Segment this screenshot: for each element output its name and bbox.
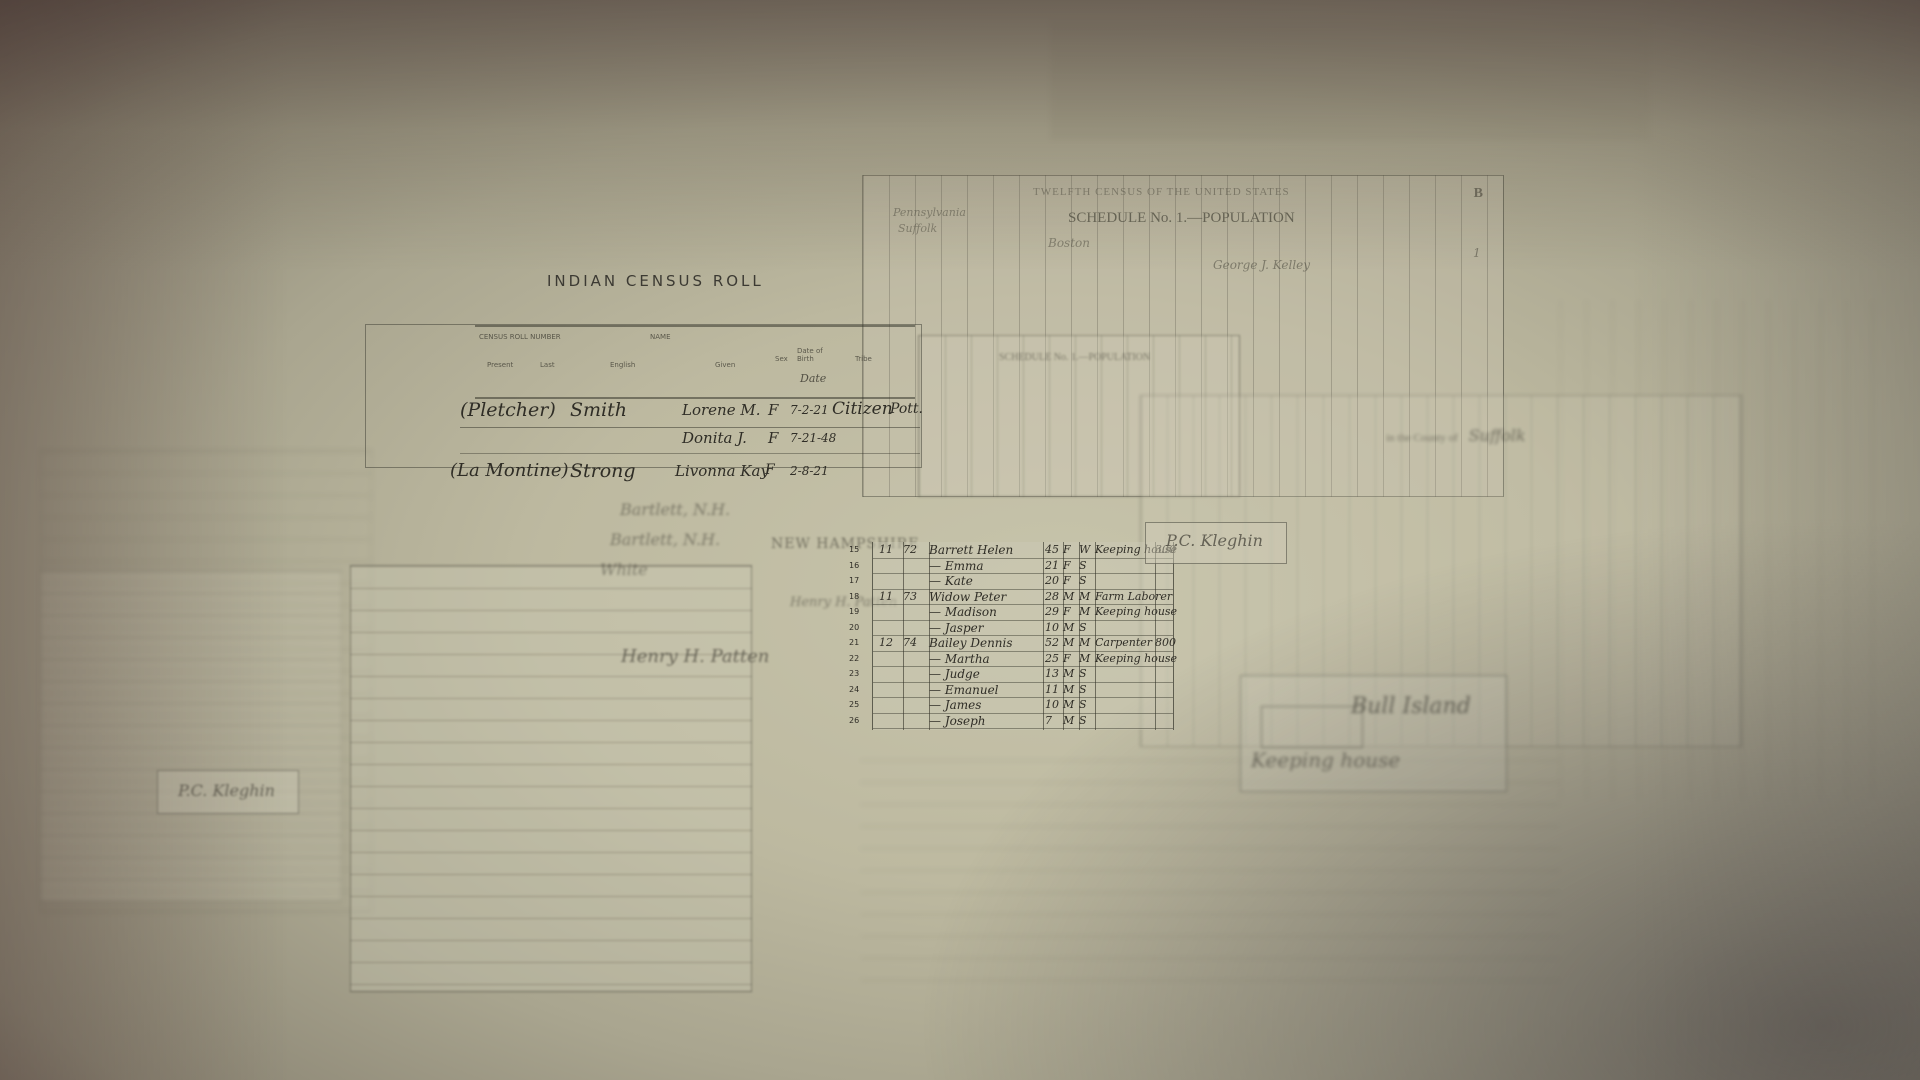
name-card-right-text: P.C. Kleghin xyxy=(1166,531,1263,550)
roll-row-2-dob: 7-21-48 xyxy=(790,431,836,445)
household-list: 151172Barrett Helen45FWKeeping house3001… xyxy=(872,542,1174,730)
household-cell-name: — Jasper xyxy=(929,621,983,635)
household-cell-sex: M xyxy=(1063,621,1074,634)
roll-row-1: (Pletcher) Smith Lorene M. F 7-2-21 Citi… xyxy=(460,397,920,428)
household-cell-status: M xyxy=(1079,605,1090,618)
household-cell-status: S xyxy=(1079,667,1087,680)
household-cell-line: 15 xyxy=(849,545,859,554)
household-cell-sex: F xyxy=(1063,652,1071,665)
household-cell-line: 26 xyxy=(849,716,859,725)
household-cell-occupation: Keeping house xyxy=(1095,605,1177,618)
occupation-card-top: Bull Island xyxy=(1351,694,1471,719)
household-cell-name: Widow Peter xyxy=(929,590,1006,604)
roll-col-tribe: Tribe xyxy=(855,355,872,363)
household-row: 23— Judge13MS xyxy=(873,666,1173,683)
certificate-details: Bartlett, N.H. Bartlett, N.H. White Henr… xyxy=(560,490,860,630)
indian-census-roll-table: CENSUS ROLL NUMBER NAME Present Last Eng… xyxy=(475,325,915,495)
household-cell-dwelling: 11 xyxy=(879,590,893,603)
small-schedule-title: SCHEDULE No. 1.—POPULATION xyxy=(999,352,1150,363)
household-cell-line: 17 xyxy=(849,576,859,585)
household-cell-age: 11 xyxy=(1045,683,1059,696)
household-column-rule xyxy=(1079,542,1080,730)
schedule-county: Suffolk xyxy=(898,222,937,235)
household-cell-sex: M xyxy=(1063,667,1074,680)
household-cell-name: — Emanuel xyxy=(929,683,999,697)
household-cell-name: — Martha xyxy=(929,652,990,666)
roll-row-2: Donita J. F 7-21-48 xyxy=(460,427,920,454)
county-line-label: in the County of xyxy=(1386,432,1458,444)
roll-row-3-dob: 2-8-21 xyxy=(790,464,829,478)
household-cell-status: S xyxy=(1079,683,1087,696)
household-row: 181173Widow Peter28MMFarm Laborer xyxy=(873,589,1173,606)
roll-header-group-2: NAME xyxy=(650,333,671,341)
roll-row-3-prior-name: (La Montine) xyxy=(450,460,569,481)
household-cell-age: 21 xyxy=(1045,559,1059,572)
background-document-top xyxy=(1050,20,1650,140)
name-card-left: P.C. Kleghin xyxy=(157,770,299,814)
occupation-card-bottom: Keeping house xyxy=(1251,748,1400,772)
household-cell-name: Bailey Dennis xyxy=(929,636,1013,650)
roll-row-1-note: Citizen xyxy=(832,399,893,419)
household-row: 16— Emma21FS xyxy=(873,558,1173,575)
household-cell-sex: M xyxy=(1063,714,1074,727)
household-cell-age: 28 xyxy=(1045,590,1059,603)
household-column-rule xyxy=(1155,542,1156,730)
household-cell-line: 18 xyxy=(849,592,859,601)
household-row: 17— Kate20FS xyxy=(873,573,1173,590)
household-cell-dwelling: 11 xyxy=(879,543,893,556)
occupation-card: Bull Island Keeping house xyxy=(1240,675,1507,792)
schedule-sheet-no: 1 xyxy=(1473,246,1481,260)
household-cell-age: 29 xyxy=(1045,605,1059,618)
household-cell-line: 21 xyxy=(849,638,859,647)
household-cell-line: 23 xyxy=(849,669,859,678)
certificate-left xyxy=(40,570,342,902)
roll-date-value: Date xyxy=(800,372,826,385)
schedule-title: SCHEDULE No. 1.—POPULATION xyxy=(1068,210,1295,227)
household-cell-status: S xyxy=(1079,621,1087,634)
household-cell-line: 16 xyxy=(849,561,859,570)
household-cell-line: 22 xyxy=(849,654,859,663)
roll-row-3-sex: F xyxy=(765,462,775,478)
household-cell-status: S xyxy=(1079,698,1087,711)
household-cell-name: Barrett Helen xyxy=(929,543,1013,557)
household-cell-sex: M xyxy=(1063,636,1074,649)
schedule-state: Pennsylvania xyxy=(893,206,966,219)
household-cell-age: 7 xyxy=(1045,714,1052,727)
household-row: 151172Barrett Helen45FWKeeping house300 xyxy=(873,542,1173,559)
household-cell-age: 20 xyxy=(1045,574,1059,587)
schedule-township: Boston xyxy=(1048,236,1090,250)
household-row: 19— Madison29FMKeeping house xyxy=(873,604,1173,621)
household-cell-line: 24 xyxy=(849,685,859,694)
household-row: 24— Emanuel11MS xyxy=(873,682,1173,699)
county-line-text: in the County of Suffolk xyxy=(1386,426,1526,445)
roll-row-1-prior-name: (Pletcher) xyxy=(460,399,556,421)
household-cell-status: W xyxy=(1079,543,1090,556)
household-cell-name: — Madison xyxy=(929,605,997,619)
household-cell-age: 13 xyxy=(1045,667,1059,680)
household-cell-value: 800 xyxy=(1155,636,1176,649)
roll-col-dob: Date of Birth xyxy=(797,347,827,363)
roll-col-present: Present xyxy=(487,361,513,369)
household-cell-status: M xyxy=(1079,590,1090,603)
household-cell-occupation: Farm Laborer xyxy=(1095,590,1172,603)
household-cell-dwelling: 12 xyxy=(879,636,893,649)
household-cell-age: 10 xyxy=(1045,621,1059,634)
certificate-race: White xyxy=(600,560,648,579)
roll-row-1-surname: Smith xyxy=(570,399,627,421)
certificate-residence: Bartlett, N.H. xyxy=(620,500,730,519)
household-row: 20— Jasper10MS xyxy=(873,620,1173,637)
household-column-rule xyxy=(929,542,930,730)
roll-col-given: Given xyxy=(715,361,735,369)
household-cell-name: — Kate xyxy=(929,574,973,588)
household-column-rule xyxy=(1043,542,1044,730)
household-column-rule xyxy=(1095,542,1096,730)
household-cell-family: 72 xyxy=(903,543,917,556)
roll-row-2-given: Donita J. xyxy=(682,429,747,447)
occupation-card-stamp xyxy=(1261,706,1363,748)
household-cell-sex: F xyxy=(1063,543,1071,556)
household-column-rule xyxy=(903,542,904,730)
household-cell-name: — Judge xyxy=(929,667,980,681)
roll-row-3: (La Montine) Strong Livonna Kay F 2-8-21 xyxy=(460,460,920,490)
household-cell-status: M xyxy=(1079,636,1090,649)
roll-row-1-given: Lorene M. xyxy=(682,401,760,419)
household-cell-status: S xyxy=(1079,559,1087,572)
household-cell-sex: F xyxy=(1063,574,1071,587)
household-cell-sex: F xyxy=(1063,559,1071,572)
roll-row-1-sex: F xyxy=(768,401,778,419)
household-cell-age: 25 xyxy=(1045,652,1059,665)
household-cell-age: 52 xyxy=(1045,636,1059,649)
household-cell-sex: M xyxy=(1063,683,1074,696)
household-cell-family: 74 xyxy=(903,636,917,649)
household-cell-name: — Emma xyxy=(929,559,984,573)
household-cell-name: — James xyxy=(929,698,981,712)
household-cell-status: S xyxy=(1079,714,1087,727)
roll-col-last: Last xyxy=(540,361,555,369)
schedule-pretitle: TWELFTH CENSUS OF THE UNITED STATES xyxy=(1033,186,1290,198)
roll-row-3-given: Livonna Kay xyxy=(675,462,769,480)
household-row: 25— James10MS xyxy=(873,697,1173,714)
certificate-signature: Henry H. Patten xyxy=(621,646,769,667)
household-row: 211274Bailey Dennis52MMCarpenter800 xyxy=(873,635,1173,652)
household-row: 22— Martha25FMKeeping house xyxy=(873,651,1173,668)
household-cell-family: 73 xyxy=(903,590,917,603)
background-document-bottom xyxy=(860,760,1560,990)
schedule-enumerator: George J. Kelley xyxy=(1213,258,1310,272)
household-cell-occupation: Carpenter xyxy=(1095,636,1152,649)
roll-row-3-surname: Strong xyxy=(570,460,636,482)
roll-header: CENSUS ROLL NUMBER NAME Present Last Eng… xyxy=(475,325,915,399)
household-cell-age: 10 xyxy=(1045,698,1059,711)
county-line-county: Suffolk xyxy=(1469,426,1526,445)
certificate-birthplace: Bartlett, N.H. xyxy=(610,530,720,549)
roll-row-2-sex: F xyxy=(768,429,778,447)
household-cell-status: M xyxy=(1079,652,1090,665)
household-cell-name: — Joseph xyxy=(929,714,986,728)
indian-census-roll-title: INDIAN CENSUS ROLL xyxy=(547,272,764,290)
schedule-sheet-label: B xyxy=(1474,186,1483,202)
household-cell-sex: M xyxy=(1063,590,1074,603)
household-cell-line: 20 xyxy=(849,623,859,632)
household-cell-age: 45 xyxy=(1045,543,1059,556)
roll-row-1-tribe: Pott. xyxy=(890,401,923,417)
household-cell-status: S xyxy=(1079,574,1087,587)
household-row: 26— Joseph7MS xyxy=(873,713,1173,730)
name-card-right: P.C. Kleghin xyxy=(1145,522,1287,564)
roll-row-1-dob: 7-2-21 xyxy=(790,403,829,417)
household-cell-line: 19 xyxy=(849,607,859,616)
roll-col-sex: Sex xyxy=(775,355,788,363)
roll-col-english: English xyxy=(610,361,635,369)
household-cell-sex: F xyxy=(1063,605,1071,618)
name-card-left-text: P.C. Kleghin xyxy=(178,781,275,800)
household-cell-occupation: Keeping house xyxy=(1095,652,1177,665)
household-cell-line: 25 xyxy=(849,700,859,709)
household-cell-sex: M xyxy=(1063,698,1074,711)
household-column-rule xyxy=(1063,542,1064,730)
roll-header-group-1: CENSUS ROLL NUMBER xyxy=(479,333,561,341)
